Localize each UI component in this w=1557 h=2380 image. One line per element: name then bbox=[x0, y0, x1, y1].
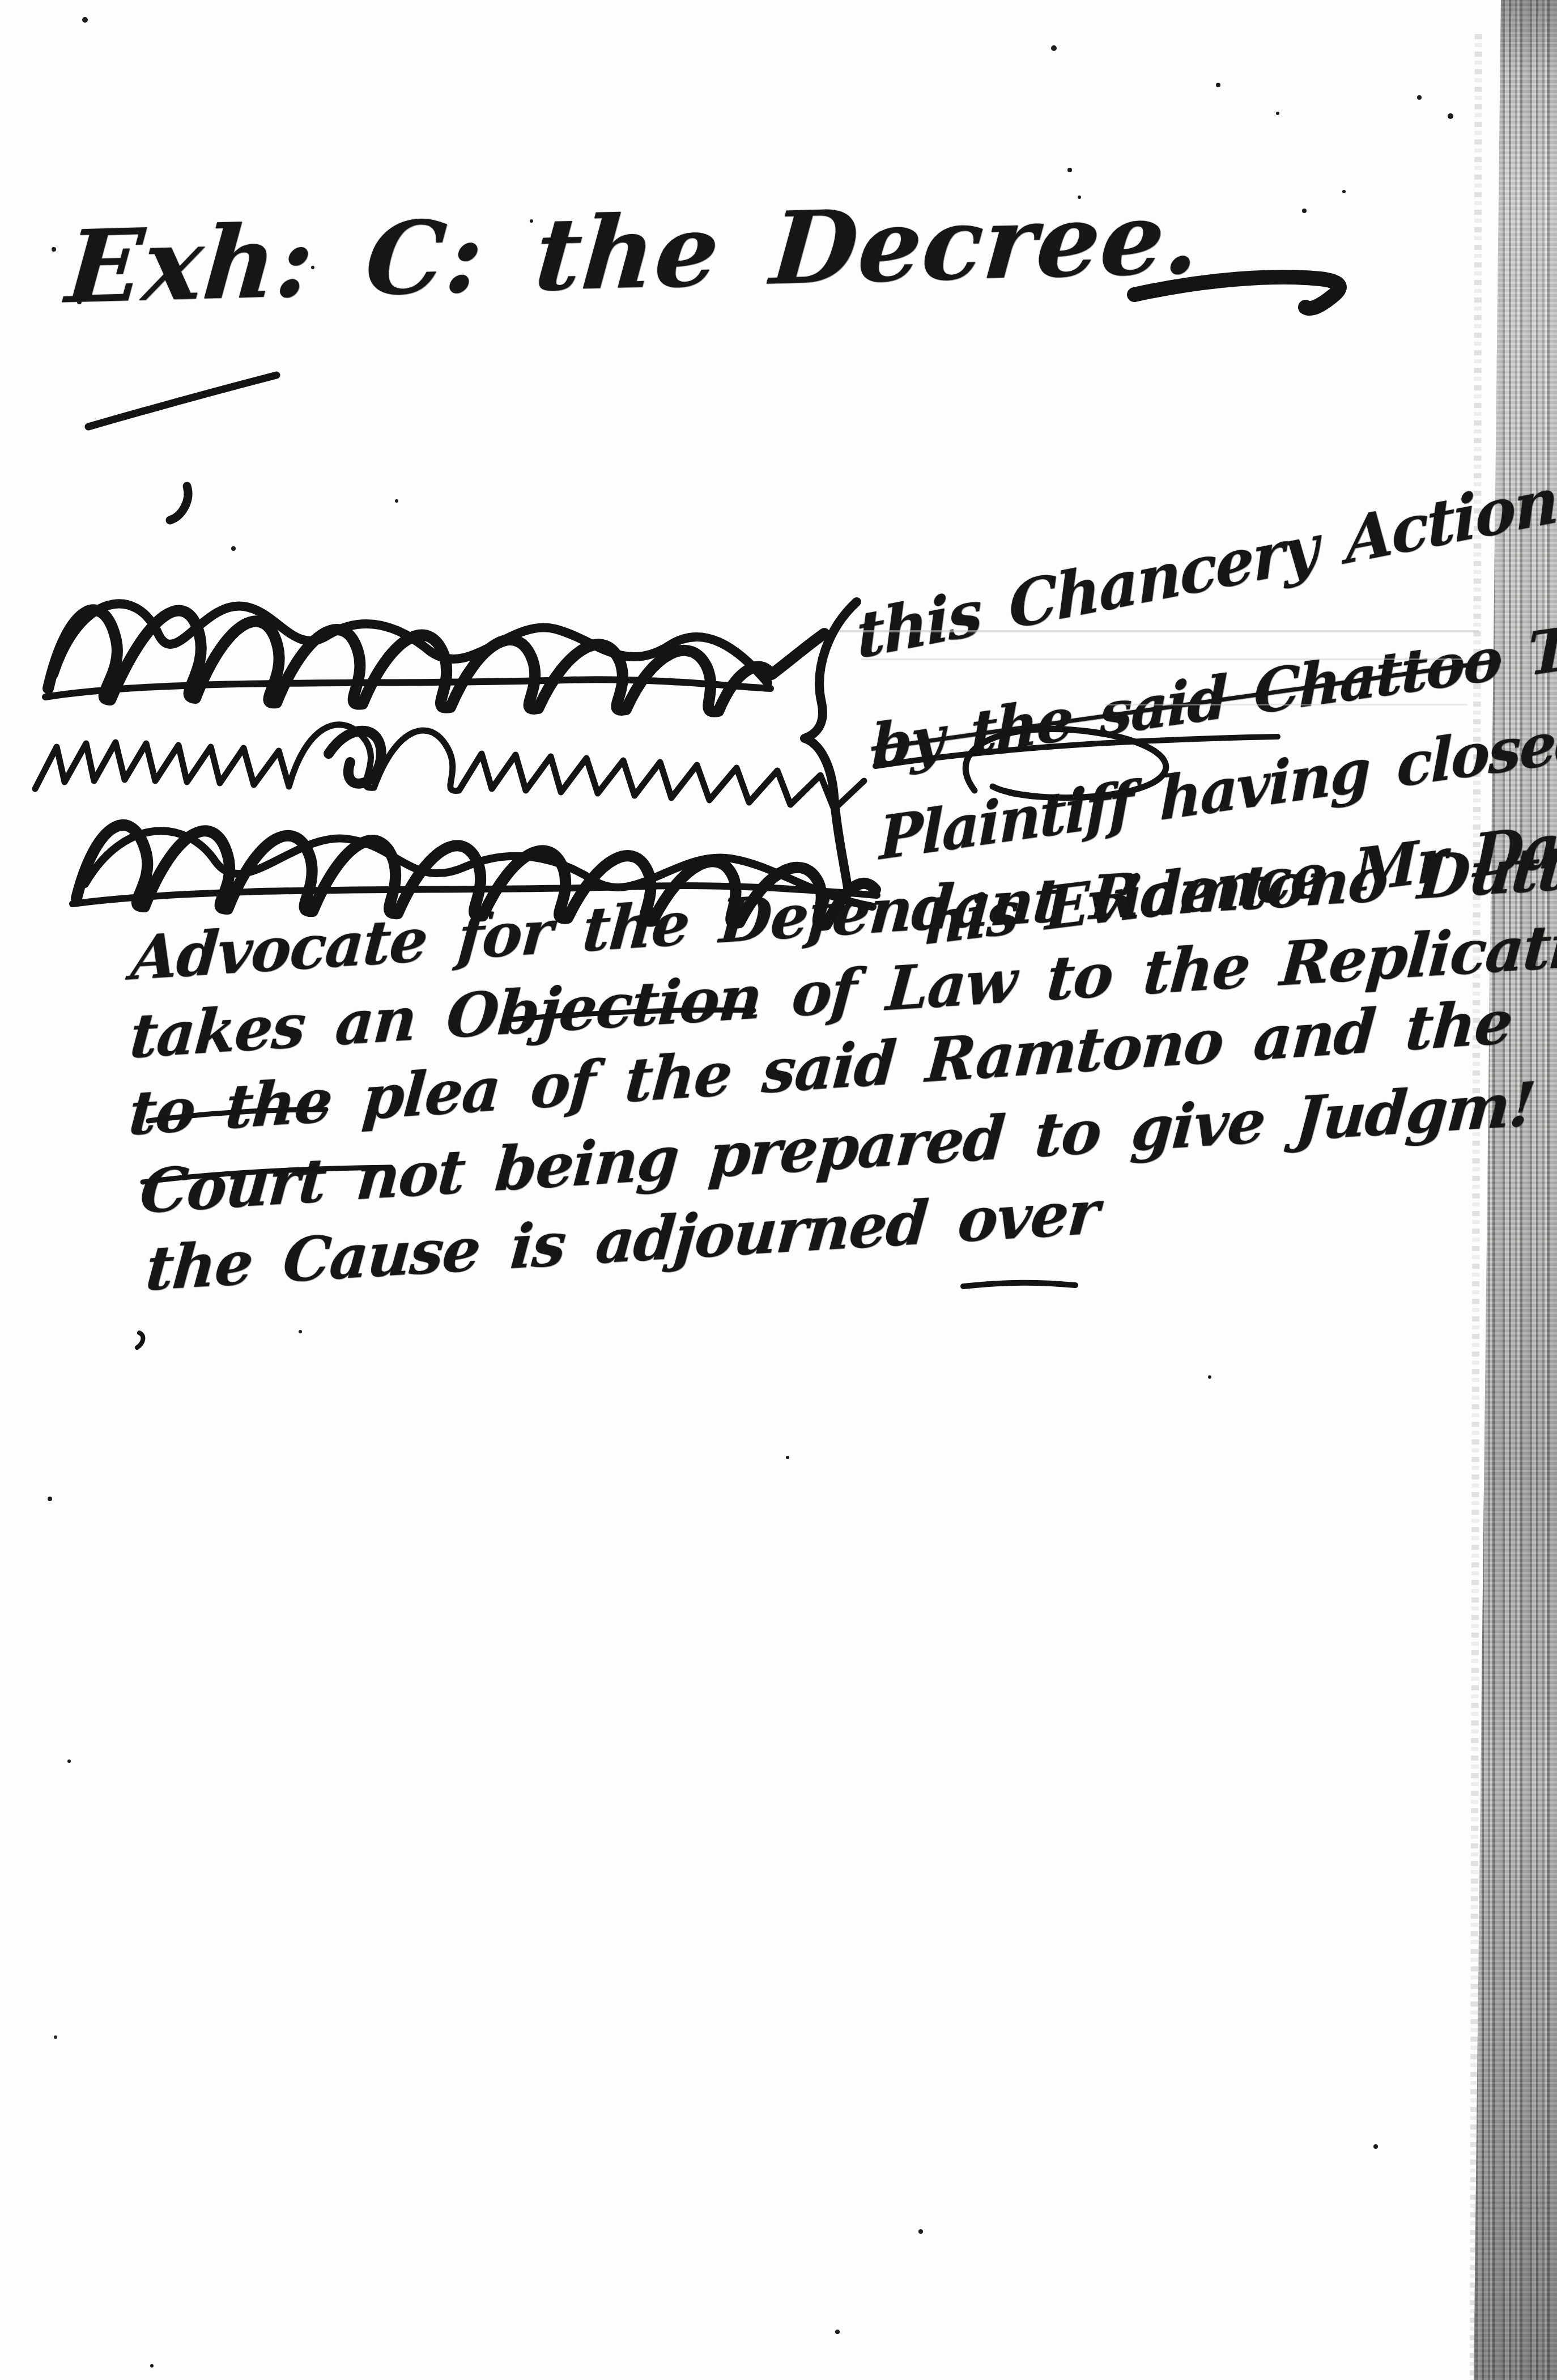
struck-out-line-2 bbox=[35, 725, 864, 809]
struck-out-line-3 bbox=[73, 825, 877, 925]
underline-flourish bbox=[88, 375, 276, 427]
pen-mark bbox=[170, 486, 188, 520]
strike-stroke bbox=[965, 729, 1166, 797]
scan-streak bbox=[822, 630, 1479, 632]
title-flourish-dash bbox=[1134, 277, 1339, 308]
scan-streak bbox=[861, 658, 1462, 660]
scan-streak bbox=[1105, 704, 1467, 705]
strike-stroke bbox=[875, 737, 1278, 766]
strike-stroke bbox=[148, 1110, 326, 1121]
pen-mark bbox=[137, 1333, 143, 1348]
closing-dash bbox=[963, 1283, 1075, 1286]
strike-stroke bbox=[143, 1167, 391, 1182]
struck-out-line-1 bbox=[45, 603, 824, 711]
ink-decorations bbox=[0, 0, 1557, 2380]
ink-specks bbox=[48, 17, 1453, 2368]
document-page: Exh: C: the Decree. this Chancery Action… bbox=[0, 0, 1557, 2380]
strike-stroke bbox=[504, 1010, 754, 1020]
